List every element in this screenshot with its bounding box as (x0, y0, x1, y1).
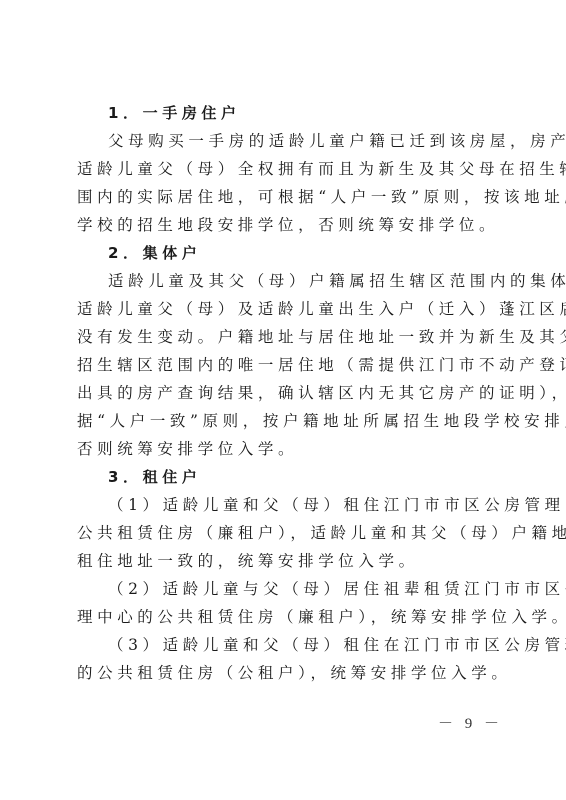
document-page: 1．一手房住户 父母购买一手房的适龄儿童户籍已迁到该房屋，房产为该 适龄儿童父（… (77, 99, 489, 687)
paragraph-line: 的公共租赁住房（公租户），统筹安排学位入学。 (77, 659, 489, 687)
paragraph-line: 据“人户一致”原则，按户籍地址所属招生地段学校安排入学， (77, 407, 489, 435)
paragraph-line: 父母购买一手房的适龄儿童户籍已迁到该房屋，房产为该 (77, 127, 489, 155)
paragraph-line: 否则统筹安排学位入学。 (77, 435, 489, 463)
section-heading-2: 2．集体户 (77, 239, 489, 267)
paragraph-line: （2）适龄儿童与父（母）居住祖辈租赁江门市市区公房管 (77, 575, 489, 603)
paragraph-line: 理中心的公共租赁住房（廉租户），统筹安排学位入学。 (77, 603, 489, 631)
paragraph-line: 没有发生变动。户籍地址与居住地址一致并为新生及其父母在 (77, 323, 489, 351)
paragraph-line: （3）适龄儿童和父（母）租住在江门市市区公房管理中心 (77, 631, 489, 659)
paragraph-line: 学校的招生地段安排学位，否则统筹安排学位。 (77, 211, 489, 239)
paragraph-line: 适龄儿童父（母）及适龄儿童出生入户（迁入）蓬江区后户籍 (77, 295, 489, 323)
paragraph-line: 出具的房产查询结果，确认辖区内无其它房产的证明），可根 (77, 379, 489, 407)
paragraph-line: 租住地址一致的，统筹安排学位入学。 (77, 547, 489, 575)
paragraph-line: 招生辖区范围内的唯一居住地（需提供江门市不动产登记中心 (77, 351, 489, 379)
section-heading-1: 1．一手房住户 (77, 99, 489, 127)
paragraph-line: 适龄儿童父（母）全权拥有而且为新生及其父母在招生辖区范 (77, 155, 489, 183)
paragraph-line: 围内的实际居住地，可根据“人户一致”原则，按该地址所属 (77, 183, 489, 211)
section-heading-3: 3．租住户 (77, 463, 489, 491)
paragraph-line: 公共租赁住房（廉租户），适龄儿童和其父（母）户籍地址与 (77, 519, 489, 547)
paragraph-line: 适龄儿童及其父（母）户籍属招生辖区范围内的集体户， (77, 267, 489, 295)
paragraph-line: （1）适龄儿童和父（母）租住江门市市区公房管理中心的 (77, 491, 489, 519)
page-number: － 9 － (438, 712, 503, 733)
